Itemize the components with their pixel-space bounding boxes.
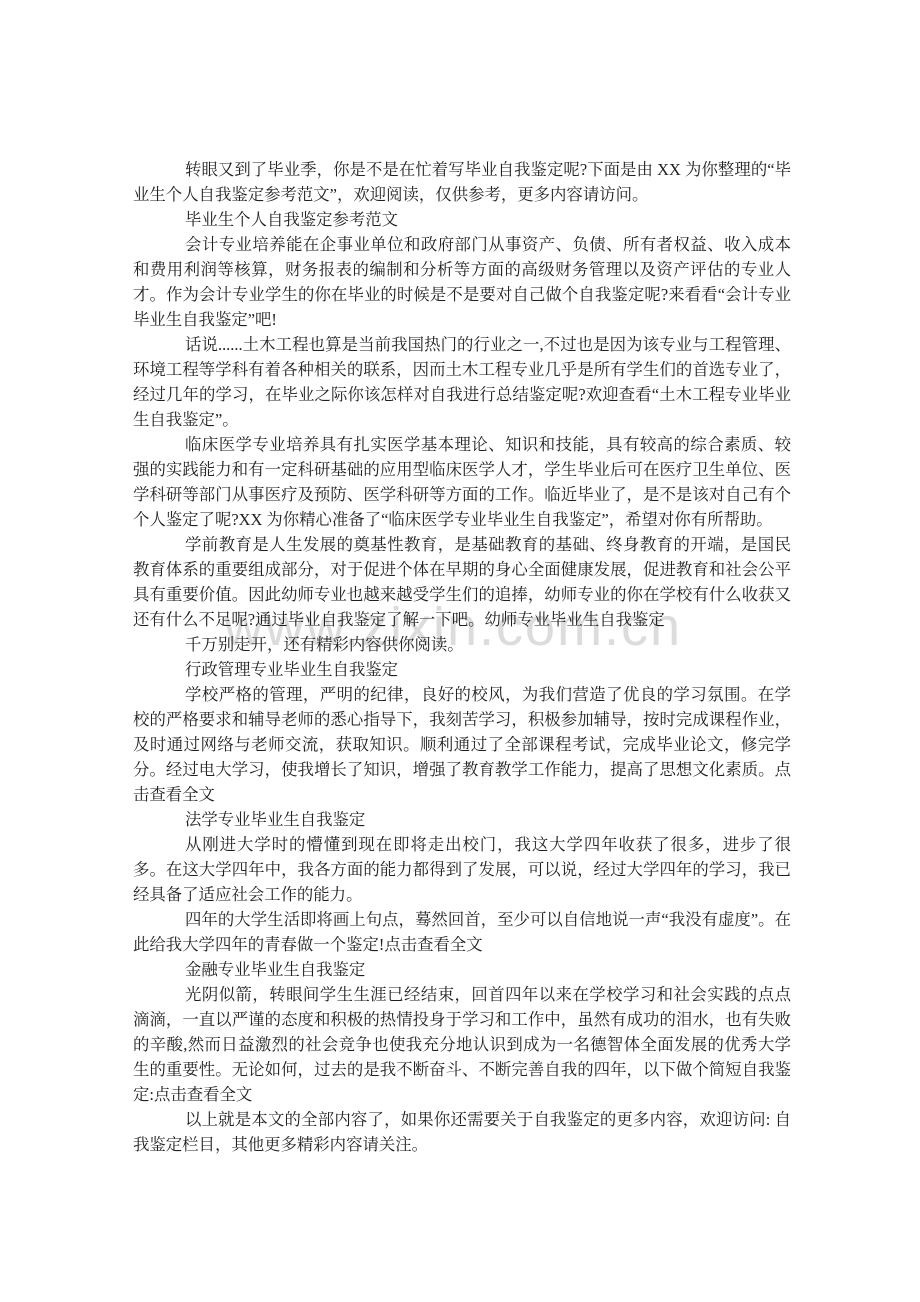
paragraph: 千万别走开，还有精彩内容供你阅读。	[133, 632, 791, 657]
paragraph: 毕业生个人自我鉴定参考范文	[133, 207, 791, 232]
paragraph: 临床医学专业培养具有扎实医学基本理论、知识和技能，具有较高的综合素质、较强的实践…	[133, 432, 791, 532]
paragraph: 行政管理专业毕业生自我鉴定	[133, 657, 791, 682]
paragraph: 以上就是本文的全部内容了，如果你还需要关于自我鉴定的更多内容，欢迎访问: 自我鉴…	[133, 1107, 791, 1157]
paragraph: 四年的大学生活即将画上句点，蓦然回首，至少可以自信地说一声“我没有虚度”。在此给…	[133, 907, 791, 957]
paragraph: 金融专业毕业生自我鉴定	[133, 957, 791, 982]
paragraph: 会计专业培养能在企事业单位和政府部门从事资产、负债、所有者权益、收入成本和费用利…	[133, 232, 791, 332]
paragraph: 光阴似箭，转眼间学生生涯已经结束，回首四年以来在学校学习和社会实践的点点滴滴，一…	[133, 982, 791, 1107]
paragraph: 从刚进大学时的懵懂到现在即将走出校门，我这大学四年收获了很多，进步了很多。在这大…	[133, 832, 791, 907]
paragraph: 转眼又到了毕业季，你是不是在忙着写毕业自我鉴定呢?下面是由 XX 为你整理的“毕…	[133, 157, 791, 207]
paragraph: 学前教育是人生发展的奠基性教育，是基础教育的基础、终身教育的开端，是国民教育体系…	[133, 532, 791, 632]
document-body: 转眼又到了毕业季，你是不是在忙着写毕业自我鉴定呢?下面是由 XX 为你整理的“毕…	[133, 157, 791, 1157]
paragraph: 学校严格的管理，严明的纪律，良好的校风，为我们营造了优良的学习氛围。在学校的严格…	[133, 682, 791, 807]
paragraph: 话说......土木工程也算是当前我国热门的行业之一,不过也是因为该专业与工程管…	[133, 332, 791, 432]
paragraph: 法学专业毕业生自我鉴定	[133, 807, 791, 832]
document-page: www.zixin.com.cn 转眼又到了毕业季，你是不是在忙着写毕业自我鉴定…	[0, 0, 920, 1302]
